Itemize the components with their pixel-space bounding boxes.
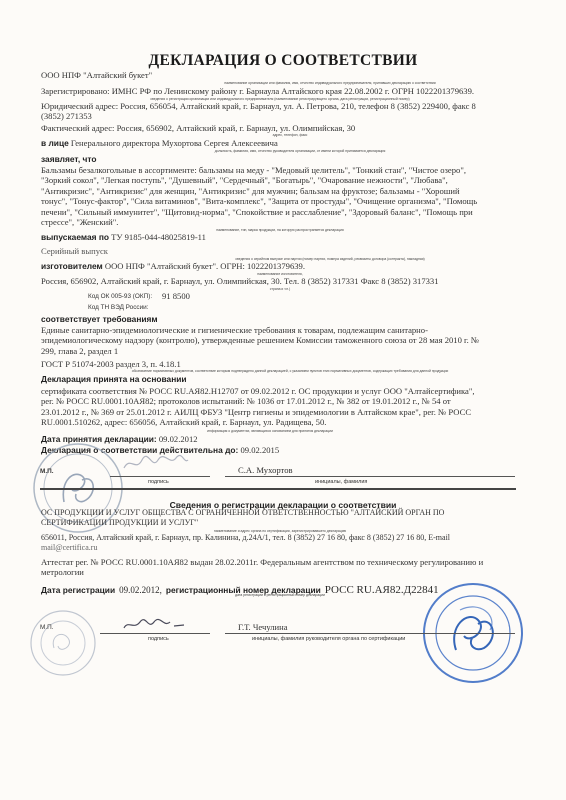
product-line: "Зоркий сокол", "Легкая поступь", "Душев… <box>41 175 527 185</box>
seal-label: М.П. <box>40 468 53 475</box>
requirement-line: эпидемиологическому надзору (контролю), … <box>41 335 527 345</box>
reg-caption: дата регистрации и регистрационный номер… <box>200 593 360 597</box>
tnved-label: Код ТН ВЭД России: <box>88 304 149 311</box>
product-line: тонус", "Тонус-фактор", "Сила витаминов"… <box>41 196 527 206</box>
represented-by: в лице Генерального директора Мухортова … <box>41 138 527 148</box>
cert-signature-caption: подпись <box>148 636 169 642</box>
requirements-list: Единые санитарно-эпидемиологические и ги… <box>41 325 529 370</box>
cert-address-line: 656011, Россия, Алтайский край, г. Барна… <box>41 533 527 543</box>
accreditation-line: Аттестат рег. № РОСС RU.0001.10АЯ82 выда… <box>41 557 527 567</box>
represented-label: в лице <box>41 138 69 148</box>
document-title: ДЕКЛАРАЦИЯ О СООТВЕТСТВИИ <box>0 52 566 70</box>
address-caption: адрес, телефон, факс <box>240 133 340 137</box>
accept-date-value: 09.02.2012 <box>159 434 198 444</box>
manufacturer-address: Россия, 656902, Алтайский край, г. Барна… <box>41 276 527 286</box>
manufacturer: изготовителем ООО НПФ "Алтайский букет".… <box>41 261 527 271</box>
product-line: стрессе", "Женский". <box>41 217 527 227</box>
manufacturer-value: ООО НПФ "Алтайский букет". ОГРН: 1022201… <box>105 261 305 271</box>
produced-value: ТУ 9185-044-48025819-11 <box>111 232 206 242</box>
basis-label: Декларация принята на основании <box>41 374 187 384</box>
cert-body-faint-stamp-icon <box>28 608 98 678</box>
requirements-caption: обозначение нормативных документов, соот… <box>60 369 520 373</box>
signer-name: С.А. Мухортов <box>238 465 338 475</box>
applicant-caption: наименование организации или фамилия, им… <box>110 81 550 85</box>
accreditation-line: метрологии <box>41 567 527 577</box>
okp-label: Код ОК 005-93 (ОКП): <box>88 293 152 300</box>
product-line: печени", "Сильный иммунитет", "Щитовид-н… <box>41 207 527 217</box>
represented-caption: должность, фамилия, имя, отчество руково… <box>120 149 480 153</box>
manufacturer-label: изготовителем <box>41 261 103 271</box>
legal-address-line-1: Юридический адрес: Россия, 656054, Алтай… <box>41 101 527 111</box>
basis-line: RU.0001.510262, адрес: 656056, Алтайский… <box>41 417 527 427</box>
requirement-line: 299, глава 2, раздел 1 <box>41 346 527 356</box>
cert-body-line: СЕРТИФИКАЦИИ ПРОДУКЦИИ И УСЛУГ" <box>41 518 527 528</box>
product-list: Бальзамы безалкогольные в ассортименте: … <box>41 165 529 227</box>
signature-caption: подпись <box>148 479 169 485</box>
produced-by-spec: выпускаемая по ТУ 9185-044-48025819-11 <box>41 232 527 242</box>
product-line: "Антикризис", "Антикризис" для женщин, "… <box>41 186 527 196</box>
basis-caption: информация о документах, являющихся осно… <box>150 429 390 433</box>
declares-label: заявляет, что <box>41 154 96 164</box>
represented-value: Генерального директора Мухортова Сергея … <box>71 138 278 148</box>
requirements-label: соответствует требованиям <box>41 314 158 324</box>
registration-info: Зарегистрировано: ИМНС РФ по Ленинскому … <box>41 86 527 96</box>
valid-until-value: 09.02.2015 <box>240 445 279 455</box>
actual-address: Фактический адрес: Россия, 656902, Алтай… <box>41 123 527 133</box>
okp-value: 91 8500 <box>162 291 242 301</box>
cert-signer-caption: инициалы, фамилия руководителя органа по… <box>252 636 405 642</box>
basis-line: сертификата соответствия № РОСС RU.АЯ82.… <box>41 386 527 396</box>
product-line: Бальзамы безалкогольные в ассортименте: … <box>41 165 527 175</box>
legal-address-line-2: (3852) 271353 <box>41 111 527 121</box>
cert-email: mail@certifica.ru <box>41 543 527 553</box>
cert-seal-label: М.П. <box>40 624 53 631</box>
applicant-name: ООО НПФ "Алтайский букет" <box>41 70 527 80</box>
produced-label: выпускаемая по <box>41 232 109 242</box>
reg-date-value: 09.02.2012, <box>119 585 162 595</box>
cert-body-line: ОС ПРОДУКЦИИ И УСЛУГ ОБЩЕСТВА С ОГРАНИЧЕ… <box>41 508 527 518</box>
declaration-page: ДЕКЛАРАЦИЯ О СООТВЕТСТВИИ ООО НПФ "Алтай… <box>0 0 566 800</box>
basis-list: сертификата соответствия № РОСС RU.АЯ82.… <box>41 386 529 428</box>
serial-release: Серийный выпуск <box>41 246 527 256</box>
basis-line: 23.01.2012 г., № 369 от 25.01.2012 г. АИ… <box>41 407 527 417</box>
reg-date-label: Дата регистрации <box>41 585 115 595</box>
applicant-signature-icon <box>120 452 190 476</box>
cert-signer-name: Г.Т. Чечулина <box>238 622 338 632</box>
signer-caption: инициалы, фамилия <box>315 479 367 485</box>
requirement-line: Единые санитарно-эпидемиологические и ги… <box>41 325 527 335</box>
manufacturer-address-caption: страна и т.п.) <box>250 287 310 291</box>
basis-line: рег. № РОСС RU.0001.10АЯ82; протоколов и… <box>41 396 527 406</box>
